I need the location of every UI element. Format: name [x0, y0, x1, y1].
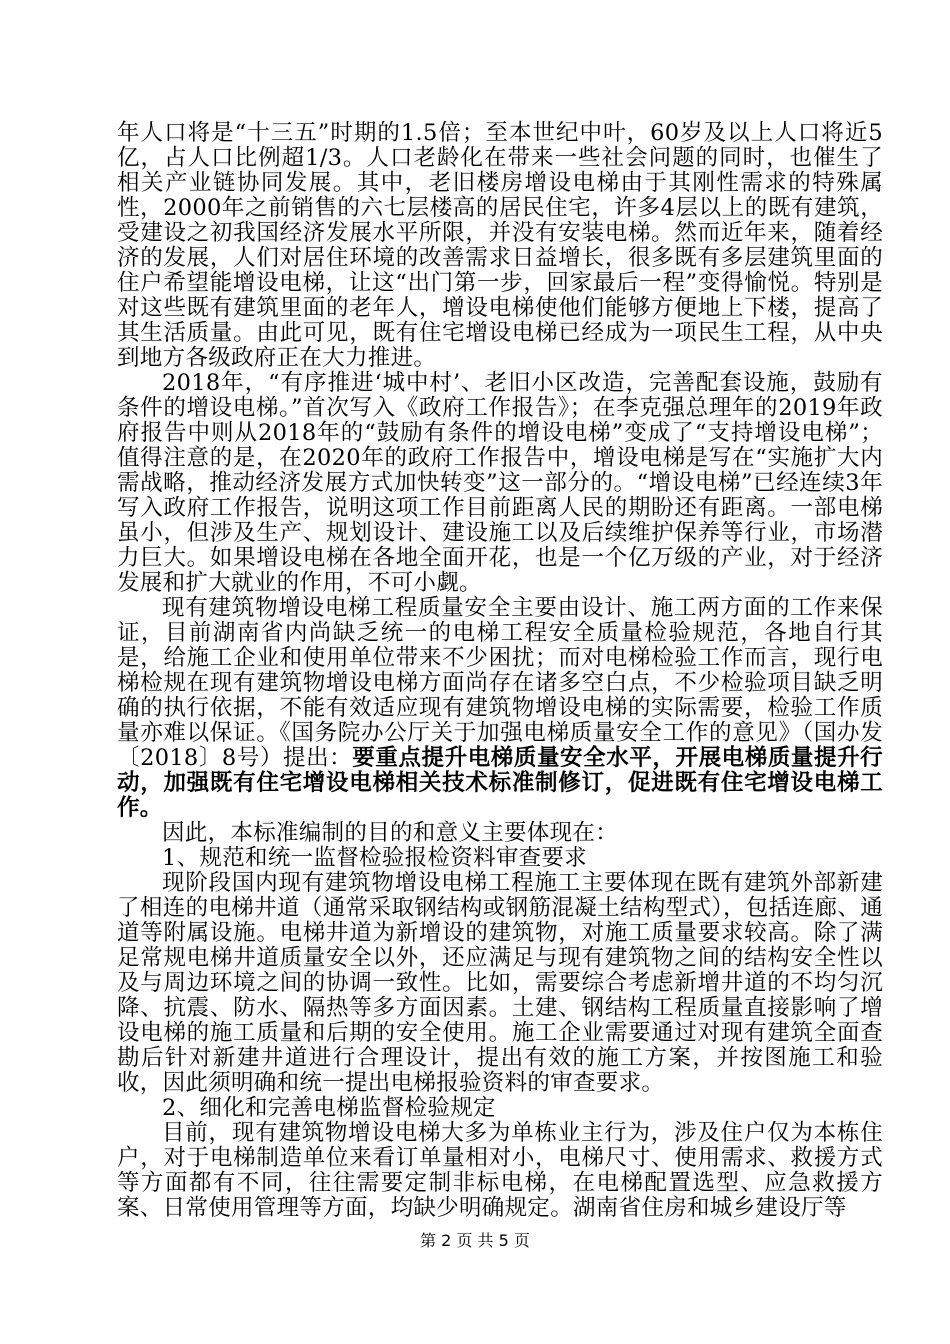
text-segment: 年人口将是“十三五”时期的1.5倍；至本世纪中叶，60岁及以上人口将近5亿，占人…: [117, 120, 883, 371]
text-segment: 目前，现有建筑物增设电梯大多为单栋业主行为，涉及住户仅为本栋住户，对于电梯制造单…: [117, 1120, 883, 1221]
document-body: 年人口将是“十三五”时期的1.5倍；至本世纪中叶，60岁及以上人口将近5亿，占人…: [117, 121, 883, 1221]
paragraph: 现有建筑物增设电梯工程质量安全主要由设计、施工两方面的工作来保证，目前湖南省内尚…: [117, 596, 883, 821]
paragraph: 因此，本标准编制的目的和意义主要体现在：: [117, 821, 883, 846]
paragraph: 1、规范和统一监督检验报检资料审查要求: [117, 846, 883, 871]
paragraph: 现阶段国内现有建筑物增设电梯工程施工主要体现在既有建筑外部新建了相连的电梯井道（…: [117, 871, 883, 1096]
paragraph: 目前，现有建筑物增设电梯大多为单栋业主行为，涉及住户仅为本栋住户，对于电梯制造单…: [117, 1121, 883, 1221]
text-segment: 2018年，“有序推进‘城中村’、老旧小区改造，完善配套设施，鼓励有条件的增设电…: [117, 370, 883, 596]
text-segment: 因此，本标准编制的目的和意义主要体现在：: [162, 820, 618, 846]
text-segment: 现阶段国内现有建筑物增设电梯工程施工主要体现在既有建筑外部新建了相连的电梯井道（…: [117, 870, 883, 1096]
text-segment: 1、规范和统一监督检验报检资料审查要求: [162, 845, 587, 871]
page-footer: 第 2 页 共 5 页: [0, 1231, 950, 1251]
document-page: 年人口将是“十三五”时期的1.5倍；至本世纪中叶，60岁及以上人口将近5亿，占人…: [0, 0, 950, 1344]
paragraph: 2018年，“有序推进‘城中村’、老旧小区改造，完善配套设施，鼓励有条件的增设电…: [117, 371, 883, 596]
paragraph: 2、细化和完善电梯监督检验规定: [117, 1096, 883, 1121]
page-number-indicator: 第 2 页 共 5 页: [420, 1231, 530, 1250]
paragraph: 年人口将是“十三五”时期的1.5倍；至本世纪中叶，60岁及以上人口将近5亿，占人…: [117, 121, 883, 371]
text-segment: 2、细化和完善电梯监督检验规定: [162, 1095, 496, 1121]
